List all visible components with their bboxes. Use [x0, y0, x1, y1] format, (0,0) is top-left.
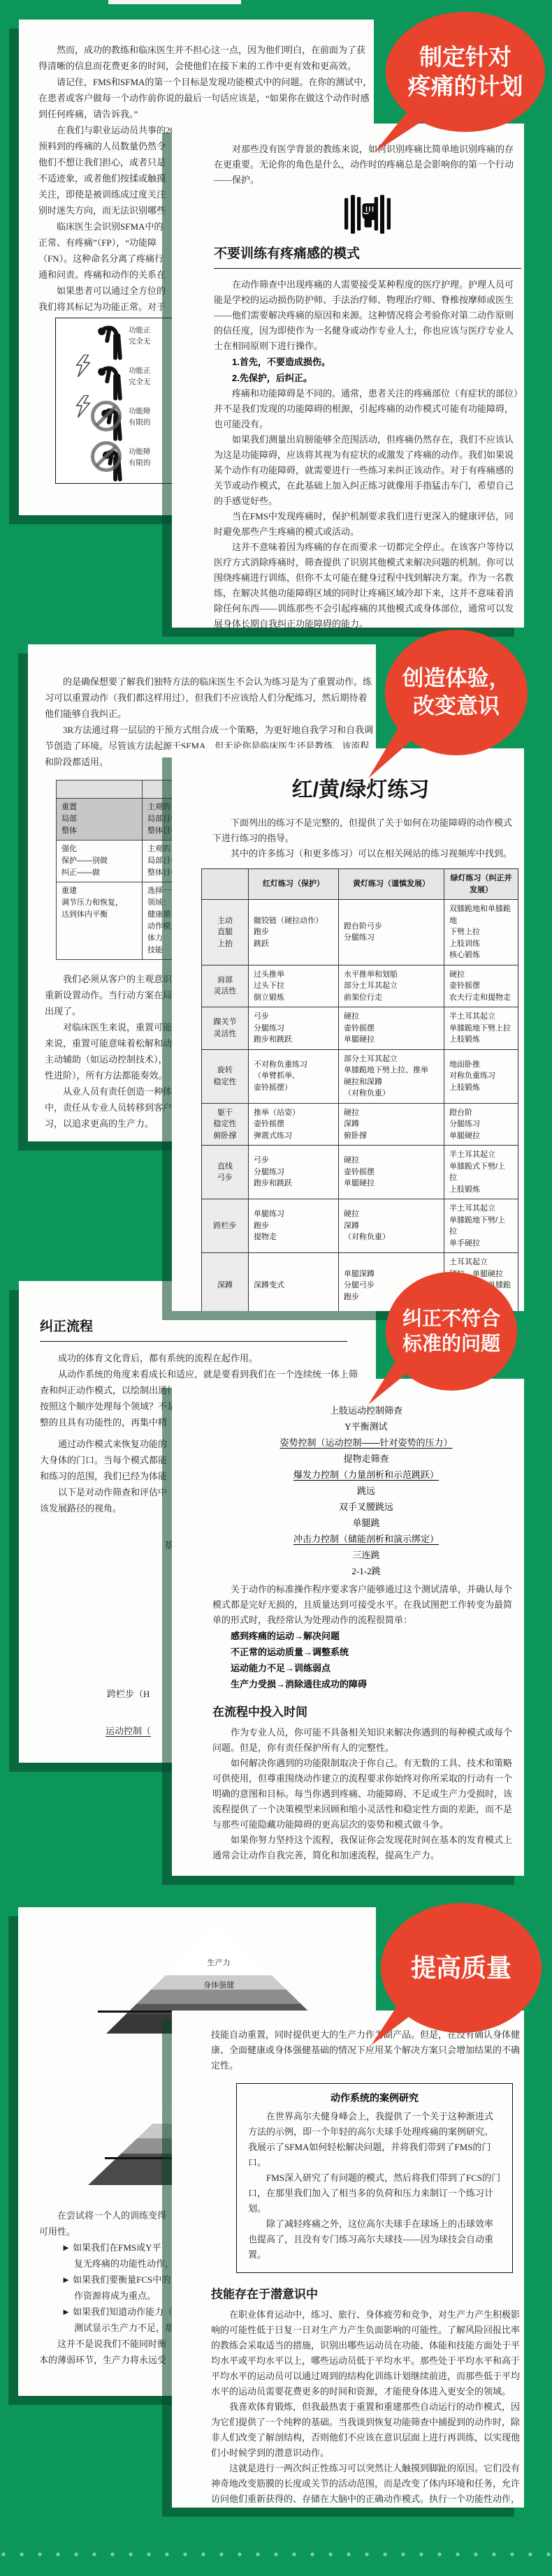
paragraph: 的是确保想要了解我们独特方法的临床医生不会认为练习是为了重置动作。练习可以重置动…	[45, 674, 375, 722]
panel2-right-page: 红/黄/绿灯练习 下面列出的练习不是完整的，但提供了关于如何在功能障碍的动作模式…	[172, 748, 524, 1311]
panel1-right-page: 对那些没有医学背景的教练来说，如何识别疼痛比简单地识别疼痛的存在更重要。无论你的…	[172, 124, 524, 628]
paragraph: 如果我们测量出肩膀能够全范围活动，但疼痛仍然存在，我们不应该认为这是功能障碍，应…	[214, 432, 521, 509]
table-row: 旋转 稳定性 不对称负重练习 （单臂抓举、 壶铃摇摆） 部分土耳其起立 单膝跪地…	[202, 1049, 518, 1103]
figure-label: 功能正 完全无	[129, 325, 151, 348]
case-study-heading: 动作系统的案例研究	[248, 2091, 501, 2105]
table-cell: 硬拉 壶铃摇摆 单腿硬拉	[339, 1007, 444, 1050]
badge-text: 标准的问题	[402, 1331, 500, 1356]
table-cell: 深蹲变式	[249, 1253, 339, 1312]
case-study-box: 动作系统的案例研究 在世界高尔夫健身峰会上，我提供了一个关于这种渐进式方法的示例…	[236, 2083, 513, 2273]
top-page-sliver	[108, 0, 241, 4]
table-cell: 双膝跪地和单膝跪地 下劈上拉 上肢训练 核心锻炼	[444, 900, 518, 965]
badge-text: 制定针对	[419, 43, 511, 72]
paragraph: 我喜欢体育锻炼，但我最热衷于重置和重建那些自动运行的动作模式，因为它们提供了一个…	[211, 2399, 520, 2461]
fist-icon	[214, 195, 521, 237]
paragraph: 这并不意味着因为疼痛的存在而要求一切都完全停止。在该客户等待以医疗方式消除疼痛时…	[214, 540, 521, 628]
flow-line: 感到疼痛的运动→解决问题	[212, 1628, 520, 1644]
table-row: 直线 弓步 弓步 分腿练习 跑步和跳跃 硬拉 壶铃摇摆 单腿硬拉 半土耳其起立 …	[202, 1146, 518, 1199]
paragraph: 除了减轻疼痛之外，这位高尔夫球手在球场上的击球效率也提高了，且没有专门练习高尔夫…	[248, 2216, 501, 2263]
flow-line: 生产力受损→消除通往成功的障碍	[212, 1676, 520, 1692]
list-item: 跳远	[212, 1483, 520, 1499]
section-heading: 在流程中投入时间	[212, 1702, 520, 1719]
badge-correct-problems: 纠正不符合 标准的问题	[386, 1272, 517, 1391]
badge-improve-quality: 提高质量	[381, 1903, 542, 2033]
paragraph: 然而，成功的教练和临床医生并不担心这一点，因为他们明白，在前面为了获得清晰的信息…	[38, 42, 374, 74]
paragraph: 在世界高尔夫健身峰会上，我提供了一个关于这种渐进式方法的示例，即一个年轻的高尔夫…	[248, 2109, 501, 2170]
table-cell: 跨栏步	[202, 1199, 249, 1253]
paragraph: 对那些没有医学背景的教练来说，如何识别疼痛比简单地识别疼痛的存在更重要。无论你的…	[214, 142, 521, 188]
badge-text: 改变意识	[413, 693, 500, 720]
badge-create-experience: 创造体验， 改变意识	[385, 630, 528, 755]
list-item: 2.先保护，后纠正。	[214, 370, 521, 386]
list-item: 1.首先，不要造成损伤。	[214, 354, 521, 370]
list-item: 冲击力控制（储能剖析和演示绑定）	[212, 1531, 520, 1547]
paragraph: 疼痛和功能障碍是不同的。通常，患者关注的疼痛部位（有症状的部位）并不是我们发现的…	[214, 386, 521, 432]
table-cell: 过头推举 过头下拉 倒立锻炼	[249, 965, 339, 1007]
table-cell: 地面卧推 对称负重练习 上肢锻炼	[444, 1049, 518, 1103]
list-item: 2-1-2跳	[212, 1563, 520, 1579]
table-cell: 硬拉 深蹲 俯卧撑	[339, 1103, 444, 1146]
table-cell: 不对称负重练习 （单臂抓举、 壶铃摇摆）	[249, 1049, 339, 1103]
paragraph: 关于动作的标准操作程序要求客户能够通过这个测试清单，并确认每个模式都是完好无损的…	[212, 1582, 520, 1628]
table-cell: 单腿练习 跑步 提物走	[249, 1199, 339, 1253]
list-item: 提物走筛查	[212, 1451, 520, 1467]
table-header-row: 红灯练习（保护） 黄灯练习（谨慎发展） 绿灯练习（纠正并发展）	[202, 869, 518, 900]
paragraph: 在动作筛查中出现疼痛的人需要接受某种程度的医疗护理。护理人员可能是学校的运动损伤…	[214, 277, 521, 354]
paragraph: 请记住，FMS和SFMA的第一个目标是发现功能模式中的问题。在你的测试中，在患者…	[38, 74, 374, 122]
table-header-cell	[202, 869, 249, 900]
flow-line: 不正常的运动质量→调整系统	[212, 1644, 520, 1660]
prohibition-icon	[91, 401, 122, 431]
badge-text: 创造体验，	[402, 665, 511, 693]
figure-label: 功能障 有限的	[129, 406, 151, 429]
figure-label: 功能正 完全无	[129, 366, 151, 388]
lightning-bolt-icon	[74, 395, 92, 421]
red-yellow-green-table: 红灯练习（保护） 黄灯练习（谨慎发展） 绿灯练习（纠正并发展） 主动 直腿 上抬…	[201, 868, 518, 1311]
table-row: 踝关节 灵活性 弓步 分腿练习 跑步和跳跃 硬拉 壶铃摇摆 单腿硬拉 半土耳其起…	[202, 1007, 518, 1050]
flow-line: 运动能力不足→训练弱点	[212, 1660, 520, 1676]
bottom-dots-divider	[0, 2550, 552, 2559]
paragraph: 其中的许多练习（和更多练习）可以在相关网站的练习视频库中找到。	[212, 846, 520, 861]
table-cell: 半土耳其起立 单膝跪地下劈/上拉 单手硬拉	[444, 1199, 518, 1253]
table-cell: 躯干 稳定性 俯卧撑	[202, 1103, 249, 1146]
paragraph: FMS深入研究了有问题的模式，然后将我们带到了FCS的门口，在那里我们加入了相当…	[248, 2170, 501, 2216]
list-item: Y平衡测试	[212, 1419, 520, 1435]
table-cell: 硬拉 壶铃摇摆 农夫行走和提物走	[444, 965, 518, 1007]
pyramid-label: 生产力	[106, 1957, 331, 1968]
table-cell: 蹬台阶 分腿练习 单腿硬拉	[444, 1103, 518, 1146]
table-cell: 半土耳其起立 单膝跪地下劈上拉 上肢锻炼	[444, 1007, 518, 1050]
list-item: 单腿跳	[212, 1515, 520, 1531]
table-cell: 半土耳其起立 单膝跪式下劈/上拉 上肢锻炼	[444, 1146, 518, 1199]
table-cell: 主动 直腿 上抬	[202, 900, 249, 965]
table-cell: 重建 调节压力和恢复， 达到体内平衡	[57, 882, 143, 960]
table-row: 主动 直腿 上抬 髋铰链（硬拉动作） 跑步 跳跃 蹬台阶弓步 分腿练习 双膝跪地…	[202, 900, 518, 965]
table-cell: 踝关节 灵活性	[202, 1007, 249, 1050]
chapter-heading: 红/黄/绿灯练习	[201, 772, 520, 803]
table-header-cell: 红灯练习（保护）	[249, 869, 339, 900]
lightning-bolt-icon	[74, 355, 92, 380]
table-cell: 髋铰链（硬拉动作） 跑步 跳跃	[249, 900, 339, 965]
table-header-cell: 绿灯练习（纠正并发展）	[444, 869, 518, 900]
section-heading: 不要训练有疼痛感的模式	[214, 243, 521, 269]
table-cell: 弓步 分腿练习 跑步和跳跃	[249, 1007, 339, 1050]
table-cell: 弓步 分腿练习 跑步和跳跃	[249, 1146, 339, 1199]
section-heading: 技能存在于潜意识中	[211, 2284, 520, 2302]
badge-text: 纠正不符合	[402, 1306, 500, 1331]
table-cell: 旋转 稳定性	[202, 1049, 249, 1103]
panel4-right-page: 技能自动重置，同时提供更大的生产力作为副产品。但是，在没有确认身体健康、全面健康…	[172, 2011, 524, 2508]
paragraph: 如果你努力坚持这个流程，我保证你会发现花时间在基本的发育模式上通常会让动作自我完…	[212, 1833, 520, 1863]
panel3-right-page: 上肢运动控制筛查 Y平衡测试 姿势控制（运动控制——针对姿势的压力） 提物走筛查…	[172, 1379, 524, 1876]
list-item: 上肢运动控制筛查	[212, 1402, 520, 1419]
prohibition-icon	[91, 441, 122, 472]
paragraph: 作为专业人员，你可能不具备相关知识来解决你遇到的每种模式或每个问题。但是，你有责…	[212, 1725, 520, 1756]
table-row: 肩部 灵活性 过头推举 过头下拉 倒立锻炼 水平推举和划船 部分土耳其起立 前架…	[202, 965, 518, 1007]
bent-person-icon	[95, 323, 129, 364]
badge-pain-plan: 制定针对 疼痛的计划	[386, 12, 545, 132]
table-header-cell: 黄灯练习（谨慎发展）	[339, 869, 444, 900]
paragraph: 下面列出的练习不是完整的，但提供了关于如何在功能障碍的动作模式下进行练习的指导。	[212, 815, 520, 846]
table-cell: 水平推举和划船 部分土耳其起立 前架位行走	[339, 965, 444, 1007]
paragraph: 当在FMS中发现疼痛时，保护机制要求我们进行更深入的健康评估，同时避免那些产生疼…	[214, 509, 521, 540]
list-item: 三连跳	[212, 1547, 520, 1563]
badge-text: 疼痛的计划	[408, 72, 523, 101]
table-cell: 重置 局部 整体	[57, 799, 143, 841]
table-cell: 直线 弓步	[202, 1146, 249, 1199]
table-row: 跨栏步 单腿练习 跑步 提物走 硬拉 深蹲 （对称负重） 半土耳其起立 单膝跪地…	[202, 1199, 518, 1253]
table-cell: 蹬台阶弓步 分腿练习	[339, 900, 444, 965]
list-item: 姿势控制（运动控制——针对姿势的压力）	[212, 1435, 520, 1451]
paragraph: 这就是进行一两次纠正性练习可以突然让人触摸到脚趾的原因。它们没有神奇地改变筋膜的…	[211, 2461, 520, 2508]
table-cell: 推举（站姿） 壶铃摇摆 弹震式练习	[249, 1103, 339, 1146]
paragraph: 技能自动重置，同时提供更大的生产力作为副产品。但是，在没有确认身体健康、全面健康…	[211, 2027, 520, 2073]
badge-text: 提高质量	[411, 1952, 511, 1984]
table-cell: 肩部 灵活性	[202, 965, 249, 1007]
paragraph: 在职业体育运动中，练习、旅行、身体疲劳和竞争，对生产力产生积极影响的可能性低于日…	[211, 2307, 520, 2399]
table-cell: 强化 保护——别做 纠正——做	[57, 841, 143, 882]
bent-person-icon	[95, 363, 129, 404]
paragraph: 成功的体育文化背后，都有系统的流程在起作用。	[40, 1350, 358, 1366]
table-cell: 深蹲	[202, 1253, 249, 1312]
section-heading: 纠正流程	[40, 1316, 347, 1342]
table-cell: 硬拉 深蹲 （对称负重）	[339, 1199, 444, 1253]
table-cell: 硬拉 壶铃摇摆 单腿硬拉	[339, 1146, 444, 1199]
paragraph: 如何解决你遇到的功能限制取决于你自己。有无数的工具、技术和策略可供使用，但尊重围…	[212, 1756, 520, 1833]
promo-detail-page: 然而，成功的教练和临床医生并不担心这一点，因为他们明白，在前面为了获得清晰的信息…	[0, 0, 552, 2576]
table-row: 躯干 稳定性 俯卧撑 推举（站姿） 壶铃摇摆 弹震式练习 硬拉 深蹲 俯卧撑 蹬…	[202, 1103, 518, 1146]
list-item: 爆发力控制（力量剖析和示范跳跃）	[212, 1467, 520, 1483]
figure-label: 功能障 有限的	[129, 447, 151, 469]
list-item: 双手叉腰跳远	[212, 1499, 520, 1515]
table-cell: 部分土耳其起立 单膝跪地下劈上拉、推举 硬拉和深蹲 （对称负重）	[339, 1049, 444, 1103]
pyramid-label: 身体强健	[106, 1979, 331, 1990]
